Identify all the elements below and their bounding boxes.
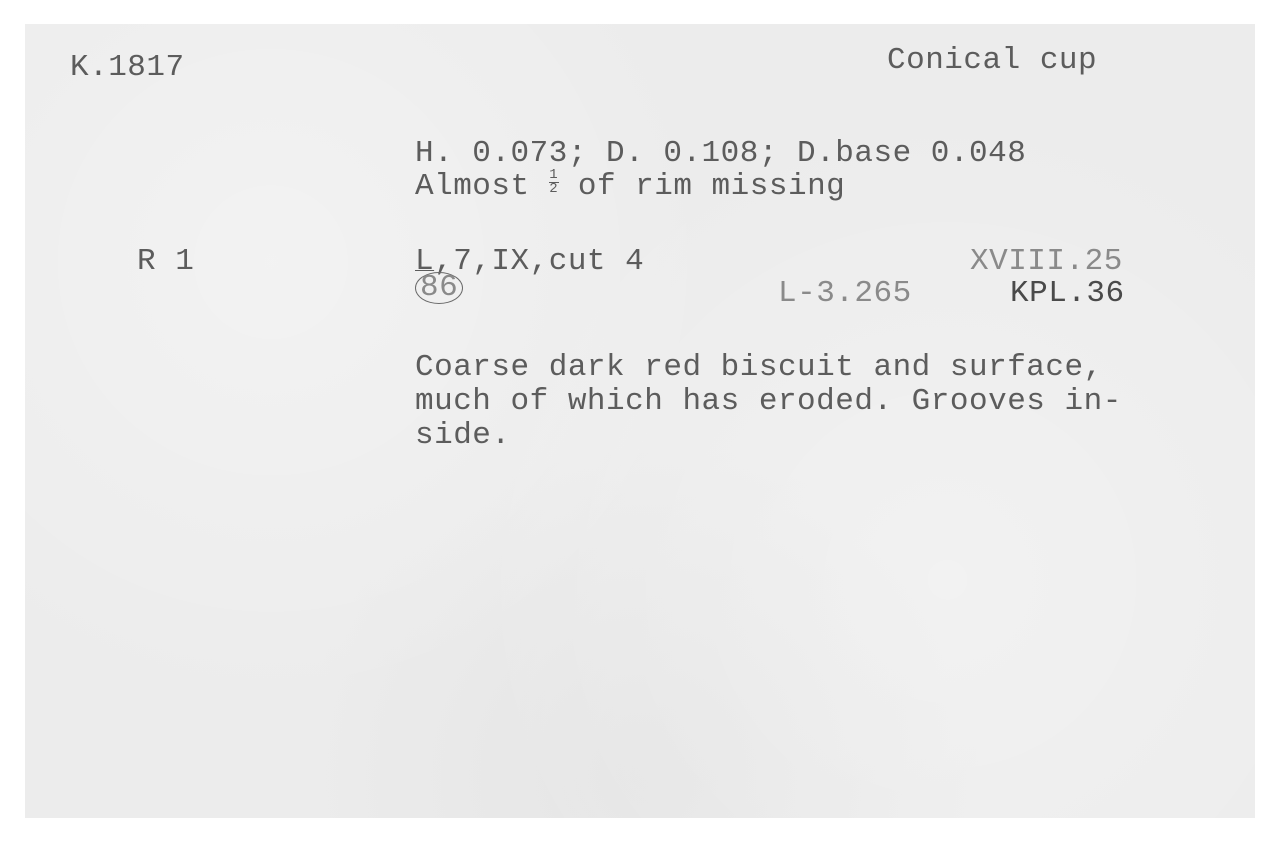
notebook-ref: XVIII.25	[970, 246, 1123, 278]
inventory-number: L-3.265	[778, 278, 912, 310]
condition-suffix: of rim missing	[559, 169, 846, 204]
description-line-1: Coarse dark red biscuit and surface,	[415, 352, 1103, 384]
condition-prefix: Almost	[415, 169, 549, 204]
description-line-3: side.	[415, 420, 511, 452]
room-ref: R 1	[137, 246, 194, 278]
context-rest: ,7,IX,cut 4	[434, 244, 644, 279]
condition: Almost 12 of rim missing	[415, 169, 845, 203]
catalog-number: K.1817	[70, 52, 185, 84]
object-type: Conical cup	[887, 45, 1097, 77]
dimensions: H. 0.073; D. 0.108; D.base 0.048	[415, 138, 1026, 170]
description-line-2: much of which has eroded. Grooves in-	[415, 386, 1122, 418]
plate-ref: KPL.36	[1010, 278, 1125, 310]
fraction-half: 12	[549, 169, 559, 196]
circled-number: 86	[419, 272, 463, 304]
catalog-card: K.1817 Conical cup H. 0.073; D. 0.108; D…	[25, 24, 1255, 818]
